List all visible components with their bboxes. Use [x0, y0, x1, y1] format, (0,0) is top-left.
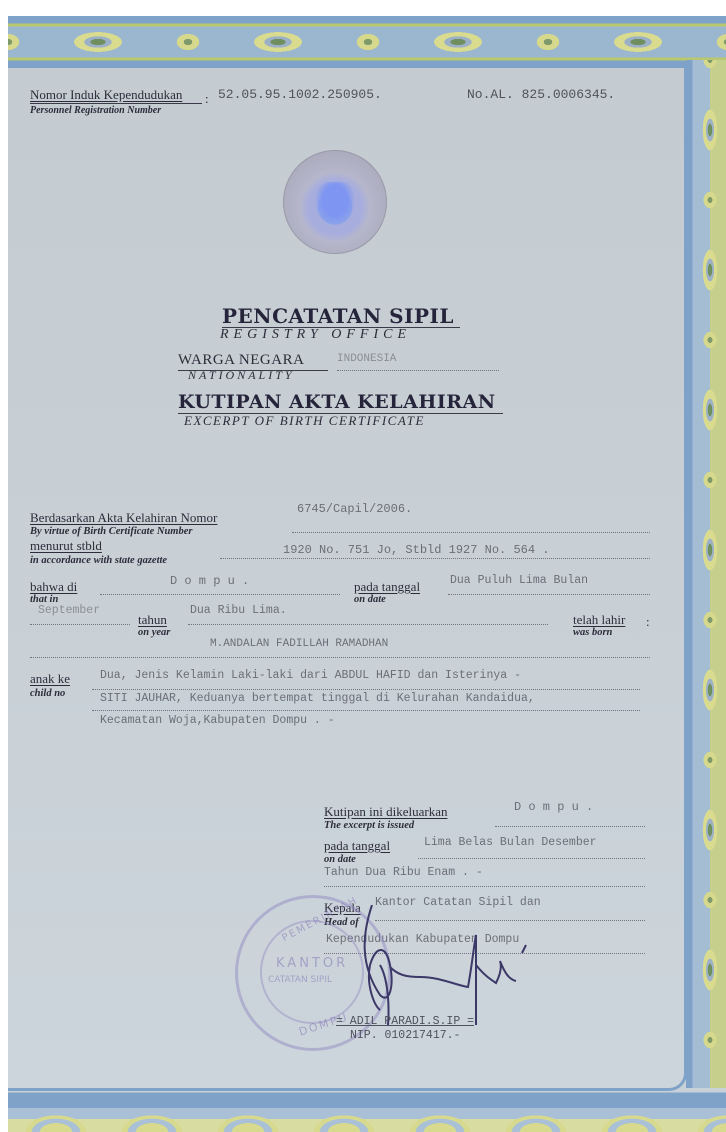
issued-place-value: D o m p u .	[514, 800, 593, 814]
issue-date-value-1: Lima Belas Bulan Desember	[424, 836, 597, 849]
official-nip: NIP. 010217417.-	[350, 1029, 460, 1042]
nationality-dotted-line	[337, 370, 499, 371]
born-colon: :	[646, 614, 650, 630]
nik-label-underline	[30, 103, 202, 104]
nik-label-en: Personnel Registration Number	[30, 105, 161, 116]
child-name: M.ANDALAN FADILLAH RAMADHAN	[210, 638, 388, 650]
gazette-dotted-line	[220, 558, 650, 559]
issued-label-en: The excerpt is issued	[324, 820, 414, 831]
serial-number: No.AL. 825.0006345.	[467, 87, 615, 102]
stamp-center-text-1: KANTOR	[276, 956, 348, 971]
nik-label: Nomor Induk Kependudukan	[30, 87, 182, 103]
nik-value: 52.05.95.1002.250905.	[218, 87, 382, 102]
cert-number-label: Berdasarkan Akta Kelahiran Nomor	[30, 510, 217, 526]
nik-colon: :	[205, 91, 209, 107]
born-label: telah lahir	[573, 612, 625, 628]
born-label-en: was born	[573, 627, 612, 638]
month-dotted-line	[30, 624, 130, 625]
child-name-dotted-line	[30, 657, 650, 658]
nationality-label-en: NATIONALITY	[188, 368, 295, 383]
hologram-seal-icon	[283, 150, 387, 254]
bottom-border-ornament	[8, 1088, 726, 1132]
certificate-title: KUTIPAN AKTA KELAHIRAN	[178, 391, 496, 413]
nationality-label: WARGA NEGARA	[178, 352, 304, 369]
gazette-label-en: in accordance with state gazette	[30, 555, 167, 566]
birth-place-dotted-line	[100, 594, 340, 595]
child-no-label-en: child no	[30, 688, 65, 699]
issue-date-value-2: Tahun Dua Ribu Enam . -	[324, 866, 483, 879]
issue-date-dotted-line	[418, 858, 645, 859]
date-label: pada tanggal	[354, 579, 420, 595]
birth-date-dotted-line	[448, 594, 650, 595]
gazette-value: 1920 No. 751 Jo, Stbld 1927 No. 564 .	[283, 543, 549, 557]
cert-number-dotted-line	[292, 532, 650, 533]
gazette-label: menurut stbld	[30, 538, 102, 554]
birth-date-value-1: Dua Puluh Lima Bulan	[450, 574, 588, 587]
issued-place-dotted-line	[495, 826, 645, 827]
child-detail-line-3: Kecamatan Woja,Kabupaten Dompu . -	[100, 714, 335, 727]
child-detail-line-2: SITI JAUHAR, Keduanya bertempat tinggal …	[100, 692, 535, 705]
birth-date-value-2: September	[38, 604, 100, 617]
stamp-center-text-2: CATATAN SIPIL	[268, 975, 332, 985]
year-label: tahun	[138, 612, 167, 628]
cert-number-value: 6745/Capil/2006.	[297, 502, 412, 516]
year-label-en: on year	[138, 627, 170, 638]
birth-place-value: D o m p u .	[170, 574, 249, 588]
certificate-subtitle: EXCERPT OF BIRTH CERTIFICATE	[184, 413, 425, 429]
birth-year-dotted-line	[188, 624, 548, 625]
cert-number-label-en: By virtue of Birth Certificate Number	[30, 526, 192, 537]
birth-year-value: Dua Ribu Lima.	[190, 604, 287, 617]
registry-title: PENCATATAN SIPIL	[222, 304, 454, 328]
issued-label: Kutipan ini dikeluarkan	[324, 804, 447, 820]
child-detail-dotted-line-1	[92, 689, 640, 690]
place-label: bahwa di	[30, 579, 77, 595]
child-detail-dotted-line-2	[92, 710, 640, 711]
issue-year-dotted-line	[324, 886, 645, 887]
top-border-ornament	[8, 16, 726, 68]
official-name: = ADIL PARADI.S.IP =	[336, 1015, 474, 1028]
issue-date-label-en: on date	[324, 854, 356, 865]
right-border-ornament	[686, 60, 726, 1090]
child-detail-line-1: Dua, Jenis Kelamin Laki-laki dari ABDUL …	[100, 669, 521, 682]
date-label-en: on date	[354, 594, 386, 605]
registry-subtitle: REGISTRY OFFICE	[220, 327, 411, 343]
child-no-label: anak ke	[30, 671, 70, 687]
issue-date-label: pada tanggal	[324, 838, 390, 854]
nationality-value: INDONESIA	[337, 353, 396, 365]
